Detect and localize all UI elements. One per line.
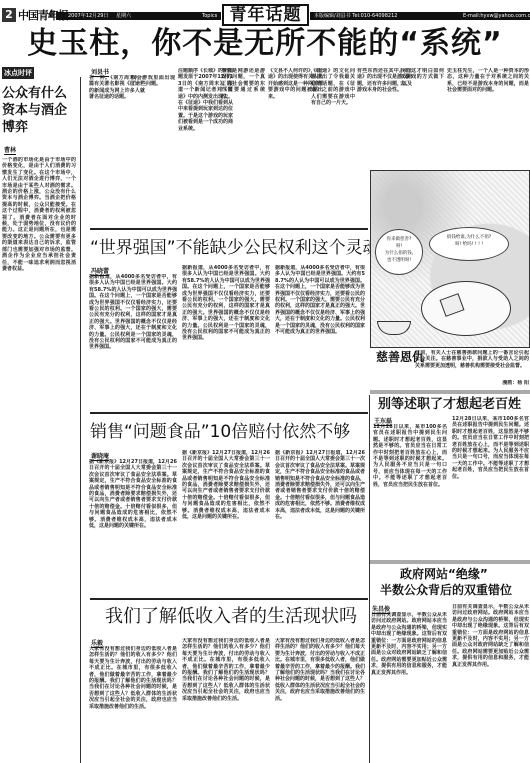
left-headline: 公众有什么资本与酒企博弈: [2, 85, 78, 136]
article-3-body-col-3: 据《新京报》12月27日报道，12月26日召开的十届全国人大常委会第三十一次会议…: [275, 450, 365, 589]
main-body-col-1b: 我会游戏里面出现了一些问题。: [131, 75, 175, 220]
article-6-body-col-1: 日前有关调查显示，半数公众从未访问过政府网站。政府网站本应当是政府与公众沟通的桥…: [371, 612, 447, 763]
article-6-body-col-2: 日前有关调查显示，半数公众从未访问过政府网站。政府网站本应当是政府与公众沟通的桥…: [452, 604, 529, 763]
article-4-headline: 我们了解低收入者的生活现状吗: [105, 608, 357, 626]
bubble-text: 呀!: [376, 243, 422, 250]
main-body-col-2b: 不管是网游还是游戏的问题，一个真正的社会需要的东西需要通过系统的。: [221, 68, 265, 220]
bubble-text: 捐钱给谁,为什么不捐?: [430, 234, 508, 241]
gray-divider: [370, 390, 530, 394]
bubble-text: 呀! 给吗! ! ! !: [430, 241, 508, 248]
article-5-body-col-2: 12月28日以来，某市100多名官员在述职报告中提到民生问题。述职时才想起老百姓…: [452, 416, 529, 552]
article-6-headline-line-1: 政府网站“绝缘”: [400, 568, 488, 580]
piggy-bank-illustration: [421, 281, 511, 336]
issue-weekday: 星期六: [116, 12, 131, 20]
gray-divider: [370, 560, 530, 564]
article-5-body-col-1: 12月28日以来，某市100多名官员在述职报告中提到民生问题。述职时才想起老百姓…: [373, 424, 447, 552]
card-illustration: [440, 293, 465, 317]
main-body-col-3b: 《征途》的文化问题提出了令我最关心的话题，在《征途》之前的游戏中人们需要在游戏中…: [311, 68, 355, 220]
editor-info: 本版编辑/刘县书 Tel:010-64098212: [314, 12, 397, 20]
masthead: 2 中国青年报 //// 2007年12月29日 星期六 Topics 青年话题…: [0, 4, 530, 22]
speech-bubble-right: 捐钱给谁,为什么不捐? 呀! 给吗! ! ! !: [429, 227, 509, 261]
speech-bubble-left: 你来做慈善? 呀! 为什么捐的钱, 也不透明呀!: [375, 229, 423, 275]
column-tag: 冰点时评: [2, 67, 34, 79]
article-2-body-col-1: 据新报道，从4000多名受访者中，有很多人认为中国已经是世界强国。大约有58.7…: [89, 274, 177, 404]
topics-label: Topics: [202, 12, 217, 20]
article-4-body-col-1: 大家有没有想过我们身边的低收入者是怎样生活的？他们的收入有多少？他们每天要为生计…: [89, 646, 177, 763]
section-title: 青年话题: [222, 4, 309, 26]
article-5-headline: 别等述职了才想起老百姓: [378, 398, 521, 411]
article-3-body-col-2: 据《新京报》12月27日报道，12月26日召开的十届全国人大常委会第三十一次会议…: [182, 450, 270, 589]
section-divider: [90, 412, 368, 414]
article-2-body-col-2: 据新报道，从4000多名受访者中，有很多人认为中国已经是世界强国。大约有58.7…: [182, 265, 270, 404]
decorative-slashes: ////: [48, 10, 53, 20]
article-2-headline: “世界强国”不能缺少公民权利这个灵魂: [90, 240, 380, 257]
section-divider: [90, 228, 368, 230]
article-2-body-col-3: 据新报道，从4000多名受访者中，有很多人认为中国已经是世界强国。大约有58.7…: [275, 265, 365, 404]
article-4-body-col-2: 大家有没有想过我们身边的低收入者是怎样生活的？他们的收入有多少？他们每天要为生计…: [182, 638, 270, 763]
left-author: 曹林: [4, 145, 16, 155]
article-6-headline-line-2: 半数公众背后的双重错位: [380, 584, 512, 596]
contact-email: E-mail:hyxw@yahoo.com.cn: [463, 12, 530, 20]
editorial-cartoon: 你来做慈善? 呀! 为什么捐的钱, 也不透明呀! 捐钱给谁,为什么不捐? 呀! …: [370, 170, 530, 348]
bubble-text: 你来做慈善?: [376, 236, 422, 243]
bubble-text: 为什么捐的钱,: [376, 250, 422, 257]
cartoon-artist: 漫画：杨 阳: [494, 380, 529, 387]
issue-date: 2007年12月29日: [68, 12, 108, 20]
article-4-body-col-3: 大家有没有想过我们身边的低收入者是怎样生活的？他们的收入有多少？他们每天要为生计…: [275, 638, 365, 763]
left-column-article: 冰点时评 公众有什么资本与酒企博弈 曹林 一个酒的市场化是由于市场中的价格变化，…: [0, 65, 78, 763]
page-number: 2: [2, 8, 16, 22]
main-headline: 史玉柱，你不是无所不能的“系统”: [0, 27, 530, 61]
article-3-headline: 销售“问题食品”10倍赔付依然不够: [90, 424, 350, 441]
left-body: 一个酒的市场化是由于市场中的价格变化，是由于人们消费的习惯发生了变化。在这个市场…: [2, 157, 76, 761]
column-divider: [80, 77, 81, 763]
main-body-col-5: 史玉柱先生，一个人是一种资本的形态，这种力量在于对系统之间的关系，已经不是游戏本…: [447, 68, 529, 176]
paper-logo: 中国青年报: [18, 7, 68, 23]
column-divider: [369, 395, 370, 763]
article-3-body-col-1: 据《新京报》12月27日报道，12月26日召开的十届全国人大常委会第三十一次会议…: [89, 459, 177, 589]
bubble-text: 也不透明呀!: [376, 257, 422, 264]
section-divider: [90, 598, 368, 600]
